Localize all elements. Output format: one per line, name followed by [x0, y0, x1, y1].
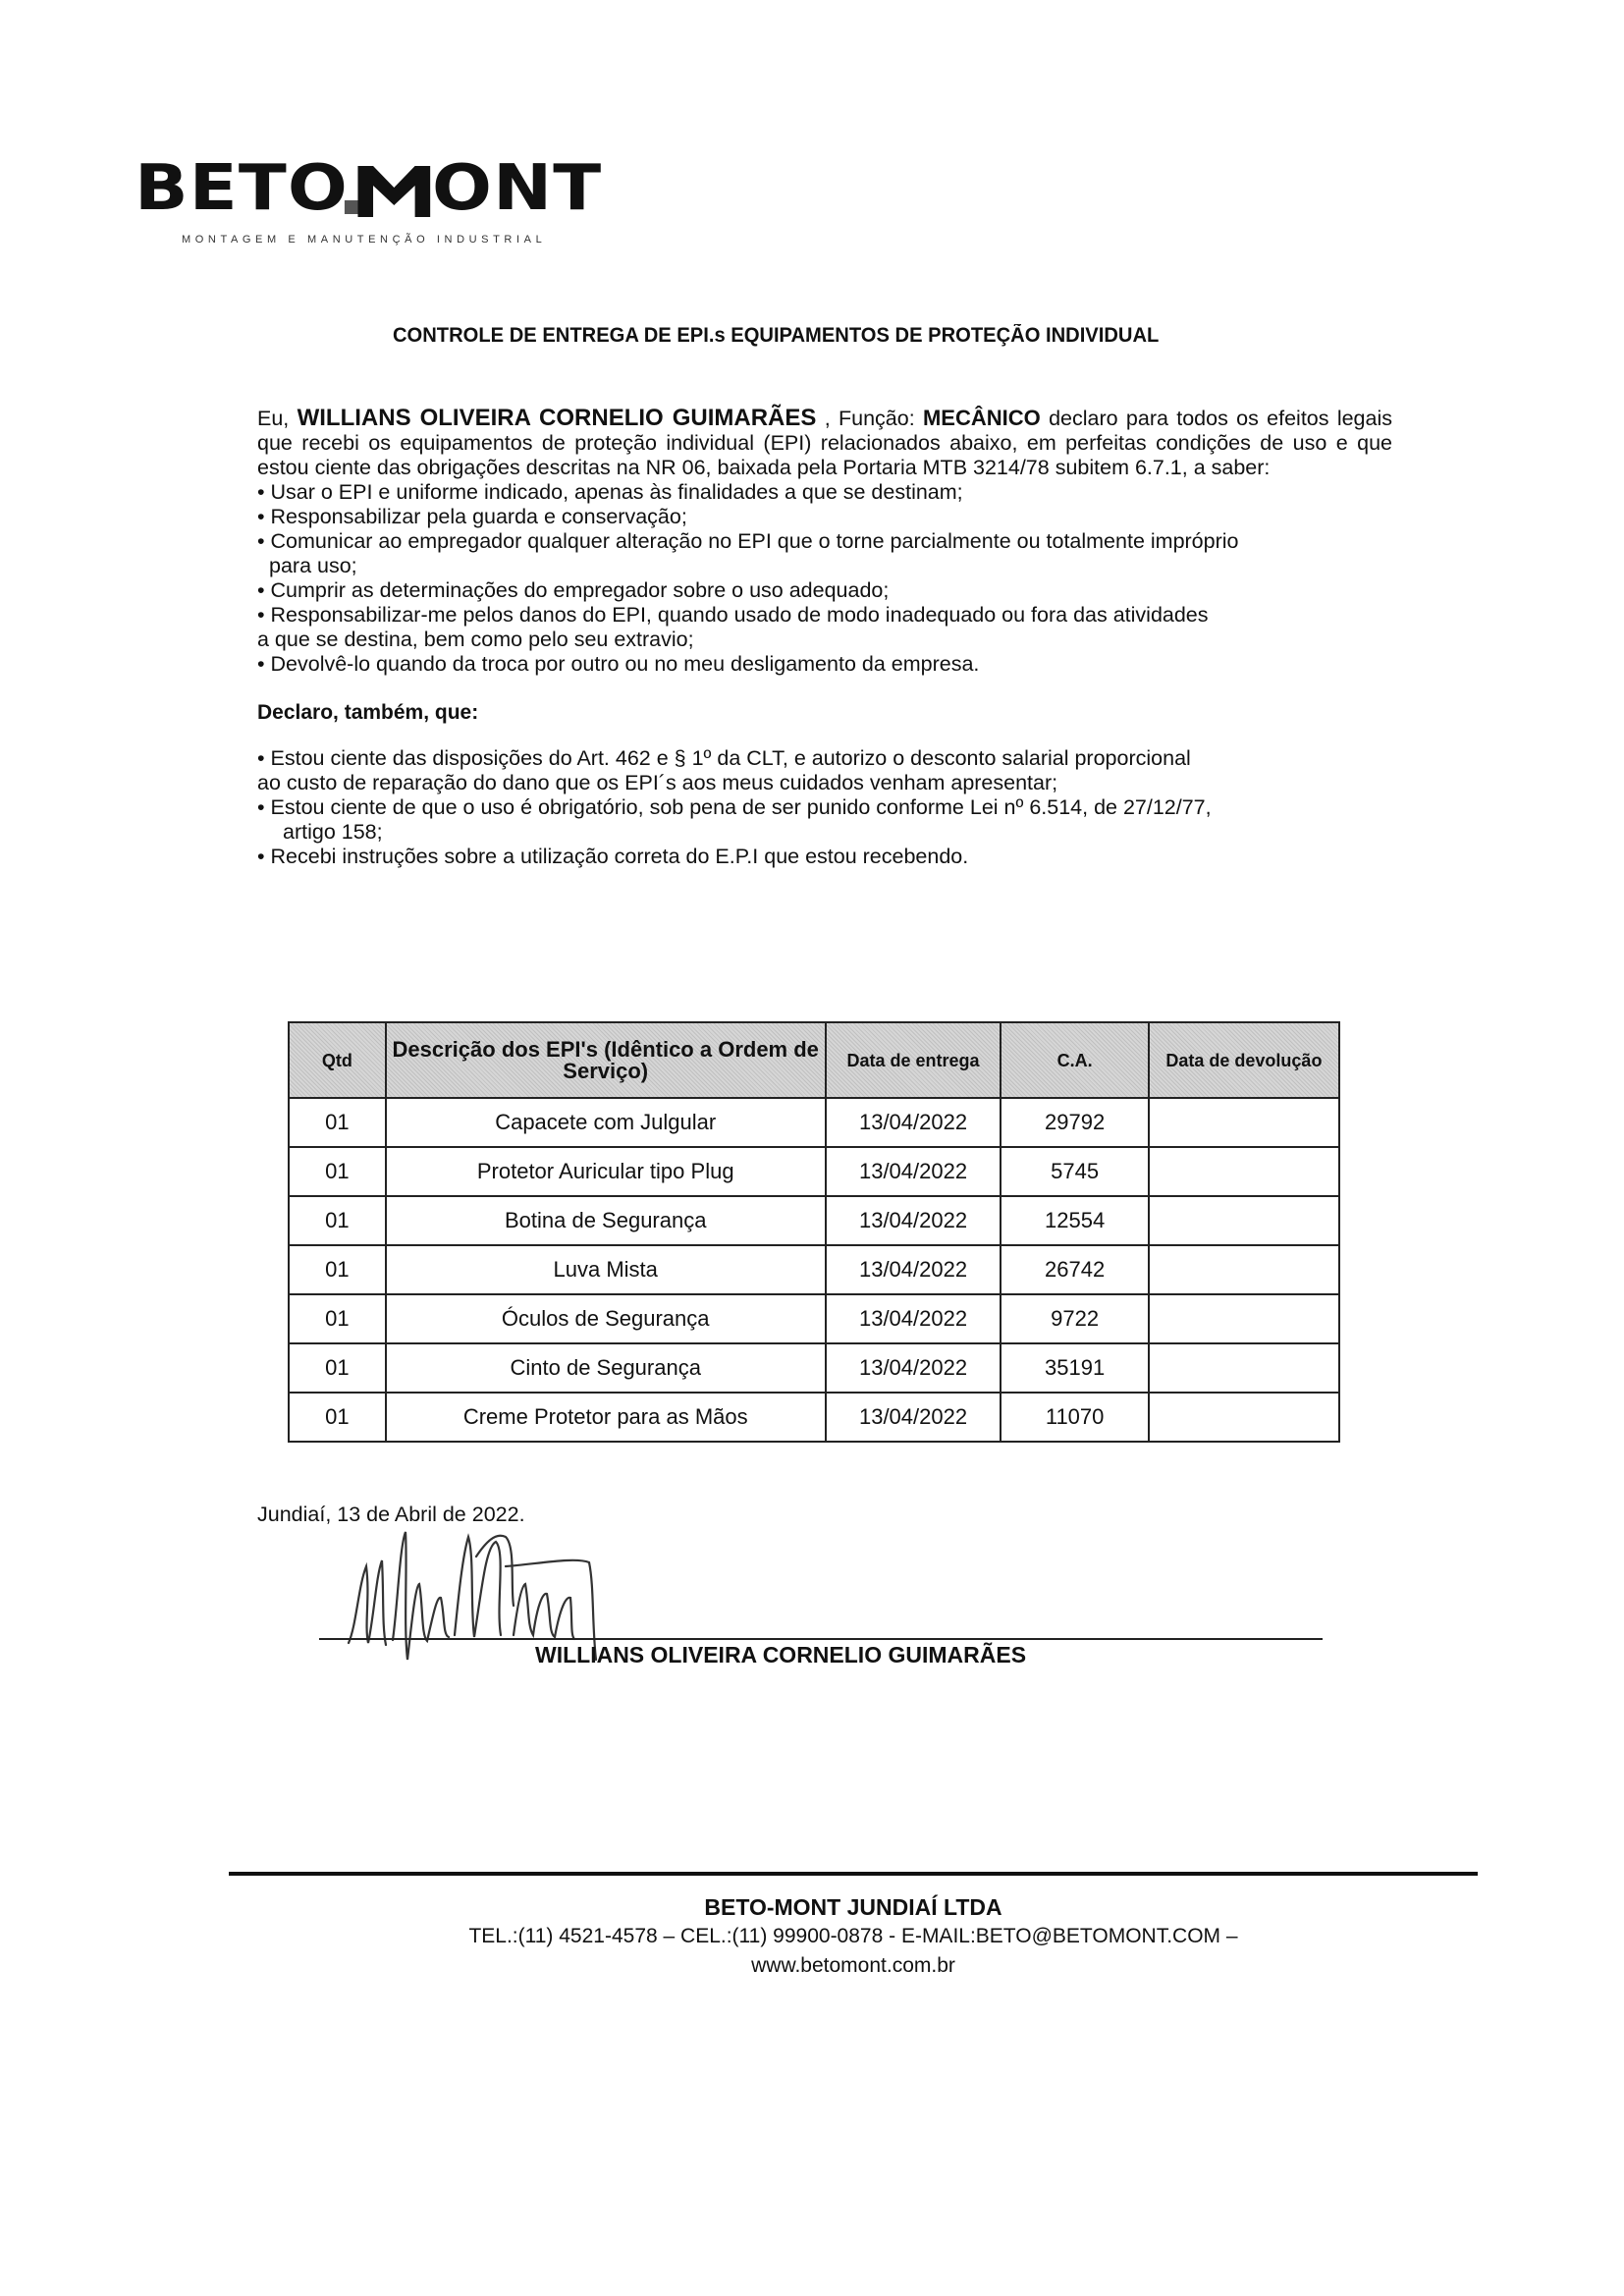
- cell-qty: 01: [289, 1098, 386, 1147]
- cell-delivery-date: 13/04/2022: [826, 1147, 1001, 1196]
- cell-ca: 9722: [1001, 1294, 1148, 1343]
- signature-line: [319, 1638, 1323, 1640]
- obligation-item: • Responsabilizar-me pelos danos do EPI,…: [257, 603, 1392, 628]
- table-row: 01Luva Mista13/04/202226742: [289, 1245, 1339, 1294]
- cell-delivery-date: 13/04/2022: [826, 1196, 1001, 1245]
- cell-return-date: [1149, 1196, 1339, 1245]
- table-row: 01Creme Protetor para as Mãos13/04/20221…: [289, 1393, 1339, 1442]
- table-row: 01Óculos de Segurança13/04/20229722: [289, 1294, 1339, 1343]
- cell-ca: 11070: [1001, 1393, 1148, 1442]
- header-description: Descrição dos EPI's (Idêntico a Ordem de…: [386, 1022, 826, 1098]
- obligation-item: • Responsabilizar pela guarda e conserva…: [257, 505, 1392, 529]
- obligation-item: • Devolvê-lo quando da troca por outro o…: [257, 652, 1392, 677]
- declaration-body: Eu, WILLIANS OLIVEIRA CORNELIO GUIMARÃES…: [257, 406, 1392, 891]
- footer-company-name: BETO-MONT JUNDIAÍ LTDA: [0, 1892, 1624, 1922]
- cell-description: Botina de Segurança: [386, 1196, 826, 1245]
- declaration-item: • Estou ciente das disposições do Art. 4…: [257, 746, 1392, 771]
- declaration-item-continuation: ao custo de reparação do dano que os EPI…: [257, 771, 1392, 795]
- logo-text-left: BETO: [135, 157, 349, 220]
- employee-role: MECÂNICO: [923, 406, 1041, 430]
- footer-divider: [229, 1872, 1478, 1876]
- cell-delivery-date: 13/04/2022: [826, 1245, 1001, 1294]
- cell-description: Cinto de Segurança: [386, 1343, 826, 1393]
- employee-name: WILLIANS OLIVEIRA CORNELIO GUIMARÃES: [298, 405, 817, 431]
- cell-delivery-date: 13/04/2022: [826, 1294, 1001, 1343]
- cell-qty: 01: [289, 1393, 386, 1442]
- cell-ca: 35191: [1001, 1343, 1148, 1393]
- intro-paragraph: Eu, WILLIANS OLIVEIRA CORNELIO GUIMARÃES…: [257, 406, 1392, 480]
- cell-return-date: [1149, 1098, 1339, 1147]
- cell-qty: 01: [289, 1245, 386, 1294]
- place-and-date: Jundiaí, 13 de Abril de 2022.: [257, 1503, 525, 1527]
- cell-qty: 01: [289, 1147, 386, 1196]
- table-row: 01Protetor Auricular tipo Plug13/04/2022…: [289, 1147, 1339, 1196]
- obligation-item: • Comunicar ao empregador qualquer alter…: [257, 529, 1392, 554]
- cell-qty: 01: [289, 1196, 386, 1245]
- role-label: , Função:: [816, 407, 923, 430]
- logo-text-right: ONT: [432, 157, 602, 220]
- table-header-row: Qtd Descrição dos EPI's (Idêntico a Orde…: [289, 1022, 1339, 1098]
- header-ca: C.A.: [1001, 1022, 1148, 1098]
- cell-ca: 29792: [1001, 1098, 1148, 1147]
- header-qty: Qtd: [289, 1022, 386, 1098]
- declarations-list: • Estou ciente das disposições do Art. 4…: [257, 746, 1392, 869]
- cell-qty: 01: [289, 1294, 386, 1343]
- table-row: 01Cinto de Segurança13/04/202235191: [289, 1343, 1339, 1393]
- cell-return-date: [1149, 1245, 1339, 1294]
- cell-return-date: [1149, 1343, 1339, 1393]
- cell-return-date: [1149, 1294, 1339, 1343]
- intro-prefix: Eu,: [257, 407, 298, 430]
- cell-ca: 12554: [1001, 1196, 1148, 1245]
- cell-description: Capacete com Julgular: [386, 1098, 826, 1147]
- table-row: 01Botina de Segurança13/04/202212554: [289, 1196, 1339, 1245]
- epi-delivery-table: Qtd Descrição dos EPI's (Idêntico a Orde…: [288, 1021, 1340, 1443]
- cell-delivery-date: 13/04/2022: [826, 1098, 1001, 1147]
- header-delivery-date: Data de entrega: [826, 1022, 1001, 1098]
- cell-description: Protetor Auricular tipo Plug: [386, 1147, 826, 1196]
- logo-wordmark: BETO ONT: [135, 157, 602, 220]
- logo-tagline: MONTAGEM E MANUTENÇÃO INDUSTRIAL: [182, 234, 552, 246]
- obligation-item: • Cumprir as determinações do empregador…: [257, 578, 1392, 603]
- logo-m-chevron-icon: [357, 166, 430, 217]
- cell-ca: 5745: [1001, 1147, 1148, 1196]
- cell-qty: 01: [289, 1343, 386, 1393]
- company-logo: BETO ONT MONTAGEM E MANUTENÇÃO INDUSTRIA…: [135, 157, 552, 246]
- footer-website-link[interactable]: www.betomont.com.br: [0, 1951, 1624, 1981]
- cell-return-date: [1149, 1393, 1339, 1442]
- cell-description: Creme Protetor para as Mãos: [386, 1393, 826, 1442]
- footer-contact-info: TEL.:(11) 4521-4578 – CEL.:(11) 99900-08…: [0, 1922, 1624, 1951]
- obligation-item-continuation: a que se destina, bem como pelo seu extr…: [257, 628, 1392, 652]
- cell-delivery-date: 13/04/2022: [826, 1393, 1001, 1442]
- cell-description: Luva Mista: [386, 1245, 826, 1294]
- signer-name: WILLIANS OLIVEIRA CORNELIO GUIMARÃES: [535, 1642, 1026, 1668]
- cell-description: Óculos de Segurança: [386, 1294, 826, 1343]
- declaration-item-continuation: artigo 158;: [257, 820, 1392, 845]
- declaration-item: • Estou ciente de que o uso é obrigatóri…: [257, 795, 1392, 820]
- cell-ca: 26742: [1001, 1245, 1148, 1294]
- obligations-list: • Usar o EPI e uniforme indicado, apenas…: [257, 480, 1392, 677]
- declaro-heading: Declaro, também, que:: [257, 700, 1392, 725]
- cell-return-date: [1149, 1147, 1339, 1196]
- cell-delivery-date: 13/04/2022: [826, 1343, 1001, 1393]
- obligation-item-continuation: para uso;: [257, 554, 1392, 578]
- document-title: CONTROLE DE ENTREGA DE EPI.s EQUIPAMENTO…: [393, 324, 1159, 348]
- declaration-item: • Recebi instruções sobre a utilização c…: [257, 845, 1392, 869]
- header-return-date: Data de devolução: [1149, 1022, 1339, 1098]
- table-row: 01Capacete com Julgular13/04/202229792: [289, 1098, 1339, 1147]
- obligation-item: • Usar o EPI e uniforme indicado, apenas…: [257, 480, 1392, 505]
- footer: BETO-MONT JUNDIAÍ LTDA TEL.:(11) 4521-45…: [0, 1892, 1624, 1981]
